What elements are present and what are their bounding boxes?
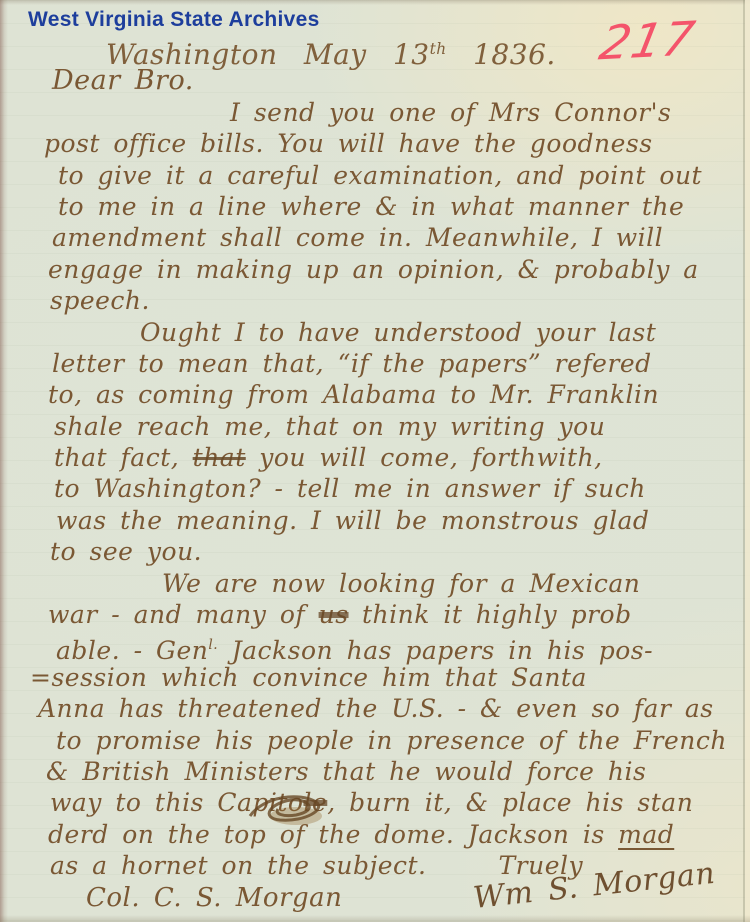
paper-edge-left	[0, 0, 8, 922]
letter-segment: Anna has threatened the U.S. - & even so…	[38, 694, 714, 723]
letter-segment-sup: th	[430, 40, 447, 58]
letter-segment: Dear Bro.	[52, 65, 194, 96]
letter-line: to give it a careful examination, and po…	[44, 160, 726, 191]
letter-segment: as a hornet on the subject.	[50, 851, 427, 880]
letter-segment: derd on the top of the dome. Jackson is	[48, 820, 618, 849]
paper-edge-bottom	[0, 915, 750, 922]
letter-line: to me in a line where & in what manner t…	[44, 191, 726, 222]
letter-line: to promise his people in presence of the…	[44, 725, 726, 756]
letter-segment: to see you.	[50, 537, 202, 566]
paper-edge-top	[0, 0, 750, 5]
letter-segment: engage in making up an opinion, & probab…	[48, 255, 699, 284]
letter-segment: war - and many of	[48, 600, 319, 629]
letter-segment: post office bills. You will have the goo…	[44, 129, 653, 158]
letter-line: We are now looking for a Mexican	[44, 568, 726, 599]
letter-segment: to, as coming from Alabama to Mr. Frankl…	[48, 380, 659, 409]
letter-line: I send you one of Mrs Connor's	[44, 97, 726, 128]
letter-segment-sup: l.	[208, 637, 218, 653]
letter-segment: Ought I to have understood your last	[140, 318, 656, 347]
letter-line: was the meaning. I will be monstrous gla…	[44, 505, 726, 536]
letter-line: & British Ministers that he would force …	[44, 756, 726, 787]
letter-line: amendment shall come in. Meanwhile, I wi…	[44, 222, 726, 253]
letter-segment: to Washington? - tell me in answer if su…	[54, 474, 646, 503]
letter-segment-underline: mad	[618, 820, 674, 849]
letter-segment: We are now looking for a Mexican	[162, 569, 640, 598]
letter-segment: that fact,	[54, 443, 193, 472]
archive-watermark-title: West Virginia State Archives	[28, 8, 320, 32]
letter-line: =session which convince him that Santa	[44, 662, 726, 693]
letter-line: to, as coming from Alabama to Mr. Frankl…	[44, 379, 726, 410]
letter-line: to see you.	[44, 536, 726, 567]
letter-segment: think it highly prob	[349, 600, 632, 629]
scanned-letter-page: West Virginia State Archives 217 Washing…	[0, 0, 750, 922]
letter-line: derd on the top of the dome. Jackson is …	[44, 819, 726, 850]
paper-crease-right	[743, 0, 745, 922]
addressee-name: Col. C. S. Morgan	[86, 883, 342, 914]
signature-row: Col. C. S. Morgan Wm S. Morgan	[44, 883, 726, 914]
letter-segment-strike: that	[193, 443, 246, 472]
letter-segment: speech.	[50, 286, 150, 315]
ink-scribble-blot	[244, 790, 332, 838]
paper-edge-right	[745, 0, 750, 922]
letter-line: war - and many of us think it highly pro…	[44, 599, 726, 630]
letter-line: Ought I to have understood your last	[44, 317, 726, 348]
letter-segment: to promise his people in presence of the…	[56, 726, 727, 755]
letter-segment: & British Ministers that he would force …	[46, 757, 646, 786]
letter-segment: , burn it, & place his stan	[327, 788, 693, 817]
letter-body: Washington May 13th 1836.Dear Bro.I send…	[44, 34, 726, 914]
letter-segment-scribble: us	[319, 600, 349, 629]
letter-segment: =session which convince him that Santa	[30, 663, 587, 692]
letter-line: way to this Capitole, burn it, & place h…	[44, 787, 726, 818]
letter-line: Anna has threatened the U.S. - & even so…	[44, 693, 726, 724]
letter-segment: I send you one of Mrs Connor's	[230, 98, 671, 127]
letter-segment: letter to mean that, “if the papers” ref…	[52, 349, 652, 378]
letter-line: speech.	[44, 285, 726, 316]
letter-segment: to me in a line where & in what manner t…	[58, 192, 684, 221]
letter-line: able. - Genl. Jackson has papers in his …	[44, 630, 726, 661]
letter-segment: you will come, forthwith,	[246, 443, 603, 472]
letter-segment: 1836.	[447, 38, 556, 71]
letter-segment: amendment shall come in. Meanwhile, I wi…	[52, 223, 663, 252]
letter-line: letter to mean that, “if the papers” ref…	[44, 348, 726, 379]
letter-line: shale reach me, that on my writing you	[44, 411, 726, 442]
letter-segment: shale reach me, that on my writing you	[54, 412, 605, 441]
letter-line: that fact, that you will come, forthwith…	[44, 442, 726, 473]
letter-segment: was the meaning. I will be monstrous gla…	[56, 506, 649, 535]
letter-line: engage in making up an opinion, & probab…	[44, 254, 726, 285]
letter-line: Washington May 13th 1836.	[44, 34, 726, 65]
letter-lines: Washington May 13th 1836.Dear Bro.I send…	[44, 34, 726, 882]
letter-segment: to give it a careful examination, and po…	[58, 161, 702, 190]
letter-line: post office bills. You will have the goo…	[44, 128, 726, 159]
letter-line: to Washington? - tell me in answer if su…	[44, 473, 726, 504]
